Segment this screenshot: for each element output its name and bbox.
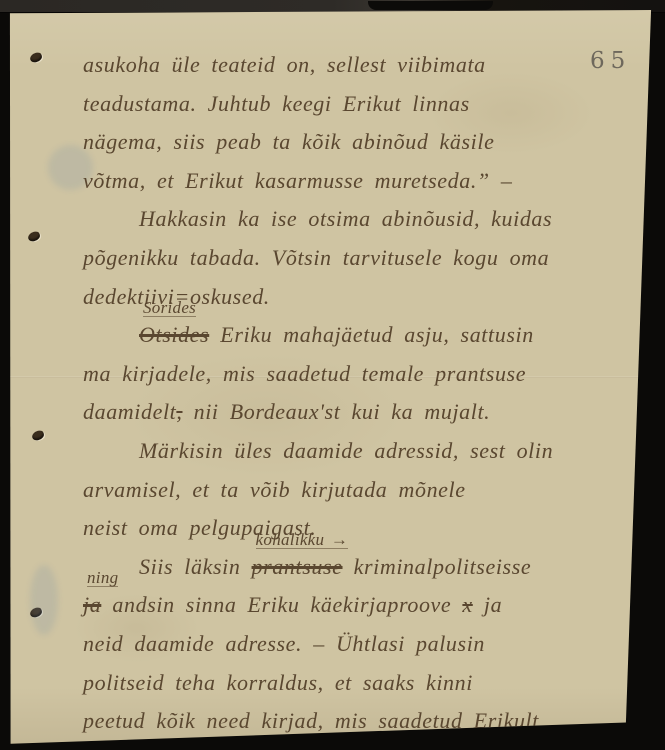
- punch-hole: [29, 52, 43, 64]
- manuscript-line: asukoha üle teateid on, sellest viibimat…: [83, 46, 643, 85]
- handwritten-text: Märkisin üles daamide adressid, sest oli…: [139, 438, 553, 463]
- handwritten-text: kriminalpolitseisse: [343, 554, 532, 579]
- manuscript-page: 65 asukoha üle teateid on, sellest viibi…: [8, 10, 653, 746]
- handwritten-text: neid daamide adresse. – Ühtlasi palusin: [83, 631, 485, 656]
- manuscript-line: arvamisel, et ta võib kirjutada mõnele: [83, 471, 643, 510]
- manuscript-line: politseid teha korraldus, et saaks kinni: [83, 664, 643, 703]
- struck-word: Otsides: [139, 322, 209, 347]
- handwritten-text: teadustama. Juhtub keegi Erikut linnas: [83, 91, 470, 116]
- punch-hole: [31, 430, 45, 442]
- manuscript-line: võtma, et Erikut kasarmusse muretseda.” …: [83, 162, 643, 201]
- manuscript-line: ma kirjadele, mis saadetud temale prants…: [83, 355, 643, 394]
- inserted-word: ning: [87, 569, 118, 587]
- handwritten-text: ja: [473, 592, 502, 617]
- handwritten-text: nägema, siis peab ta kõik abinõud käsile: [83, 129, 494, 154]
- handwritten-text: Siis läksin: [139, 554, 252, 579]
- manuscript-line: teadustama. Juhtub keegi Erikut linnas: [83, 85, 643, 124]
- handwritten-text: nii Bordeaux'st kui ka mujalt.: [183, 399, 491, 424]
- handwritten-text: andsin sinna Eriku käekirjaproove: [101, 592, 462, 617]
- handwritten-correction: prantsusekohalikku →: [252, 548, 343, 587]
- handwritten-text: põgenikku tabada. Võtsin tarvitusele kog…: [83, 245, 549, 270]
- binding-notch: [368, 1, 493, 10]
- manuscript-line: janing andsin sinna Eriku käekirjaproove…: [83, 586, 643, 625]
- handwritten-text: ma kirjadele, mis saadetud temale prants…: [83, 361, 526, 386]
- manuscript-line: daamidelt, nii Bordeaux'st kui ka mujalt…: [83, 393, 643, 432]
- manuscript-line: Siis läksin prantsusekohalikku → krimina…: [83, 548, 643, 587]
- handwritten-text: daamidelt: [83, 399, 176, 424]
- struck-text: x: [462, 592, 472, 617]
- punch-hole: [27, 231, 41, 243]
- struck-word: prantsuse: [252, 554, 343, 579]
- manuscript-text: asukoha üle teateid on, sellest viibimat…: [83, 46, 643, 741]
- inserted-word: kohalikku →: [256, 531, 349, 549]
- manuscript-line: peetud kõik need kirjad, mis saadetud Er…: [83, 702, 643, 741]
- manuscript-line: põgenikku tabada. Võtsin tarvitusele kog…: [83, 239, 643, 278]
- handwritten-text: Hakkasin ka ise otsima abinõusid, kuidas: [139, 206, 552, 231]
- handwritten-text: asukoha üle teateid on, sellest viibimat…: [83, 52, 486, 77]
- manuscript-line: OtsidesSorides Eriku mahajäetud asju, sa…: [83, 316, 643, 355]
- handwritten-text: arvamisel, et ta võib kirjutada mõnele: [83, 477, 466, 502]
- handwritten-correction: OtsidesSorides: [139, 316, 209, 355]
- inserted-word: Sorides: [143, 299, 196, 317]
- handwritten-text: peetud kõik need kirjad, mis saadetud Er…: [83, 708, 539, 733]
- ink-smudge: [30, 565, 58, 635]
- manuscript-line: Hakkasin ka ise otsima abinõusid, kuidas: [83, 200, 643, 239]
- handwritten-text: võtma, et Erikut kasarmusse muretseda.” …: [83, 168, 512, 193]
- handwritten-text: politseid teha korraldus, et saaks kinni: [83, 670, 473, 695]
- handwritten-text: Eriku mahajäetud asju, sattusin: [209, 322, 534, 347]
- manuscript-line: nägema, siis peab ta kõik abinõud käsile: [83, 123, 643, 162]
- manuscript-line: neist oma pelgupaigast.: [83, 509, 643, 548]
- manuscript-line: neid daamide adresse. – Ühtlasi palusin: [83, 625, 643, 664]
- manuscript-line: Märkisin üles daamide adressid, sest oli…: [83, 432, 643, 471]
- handwritten-correction: janing: [83, 586, 101, 625]
- struck-word: ja: [83, 592, 101, 617]
